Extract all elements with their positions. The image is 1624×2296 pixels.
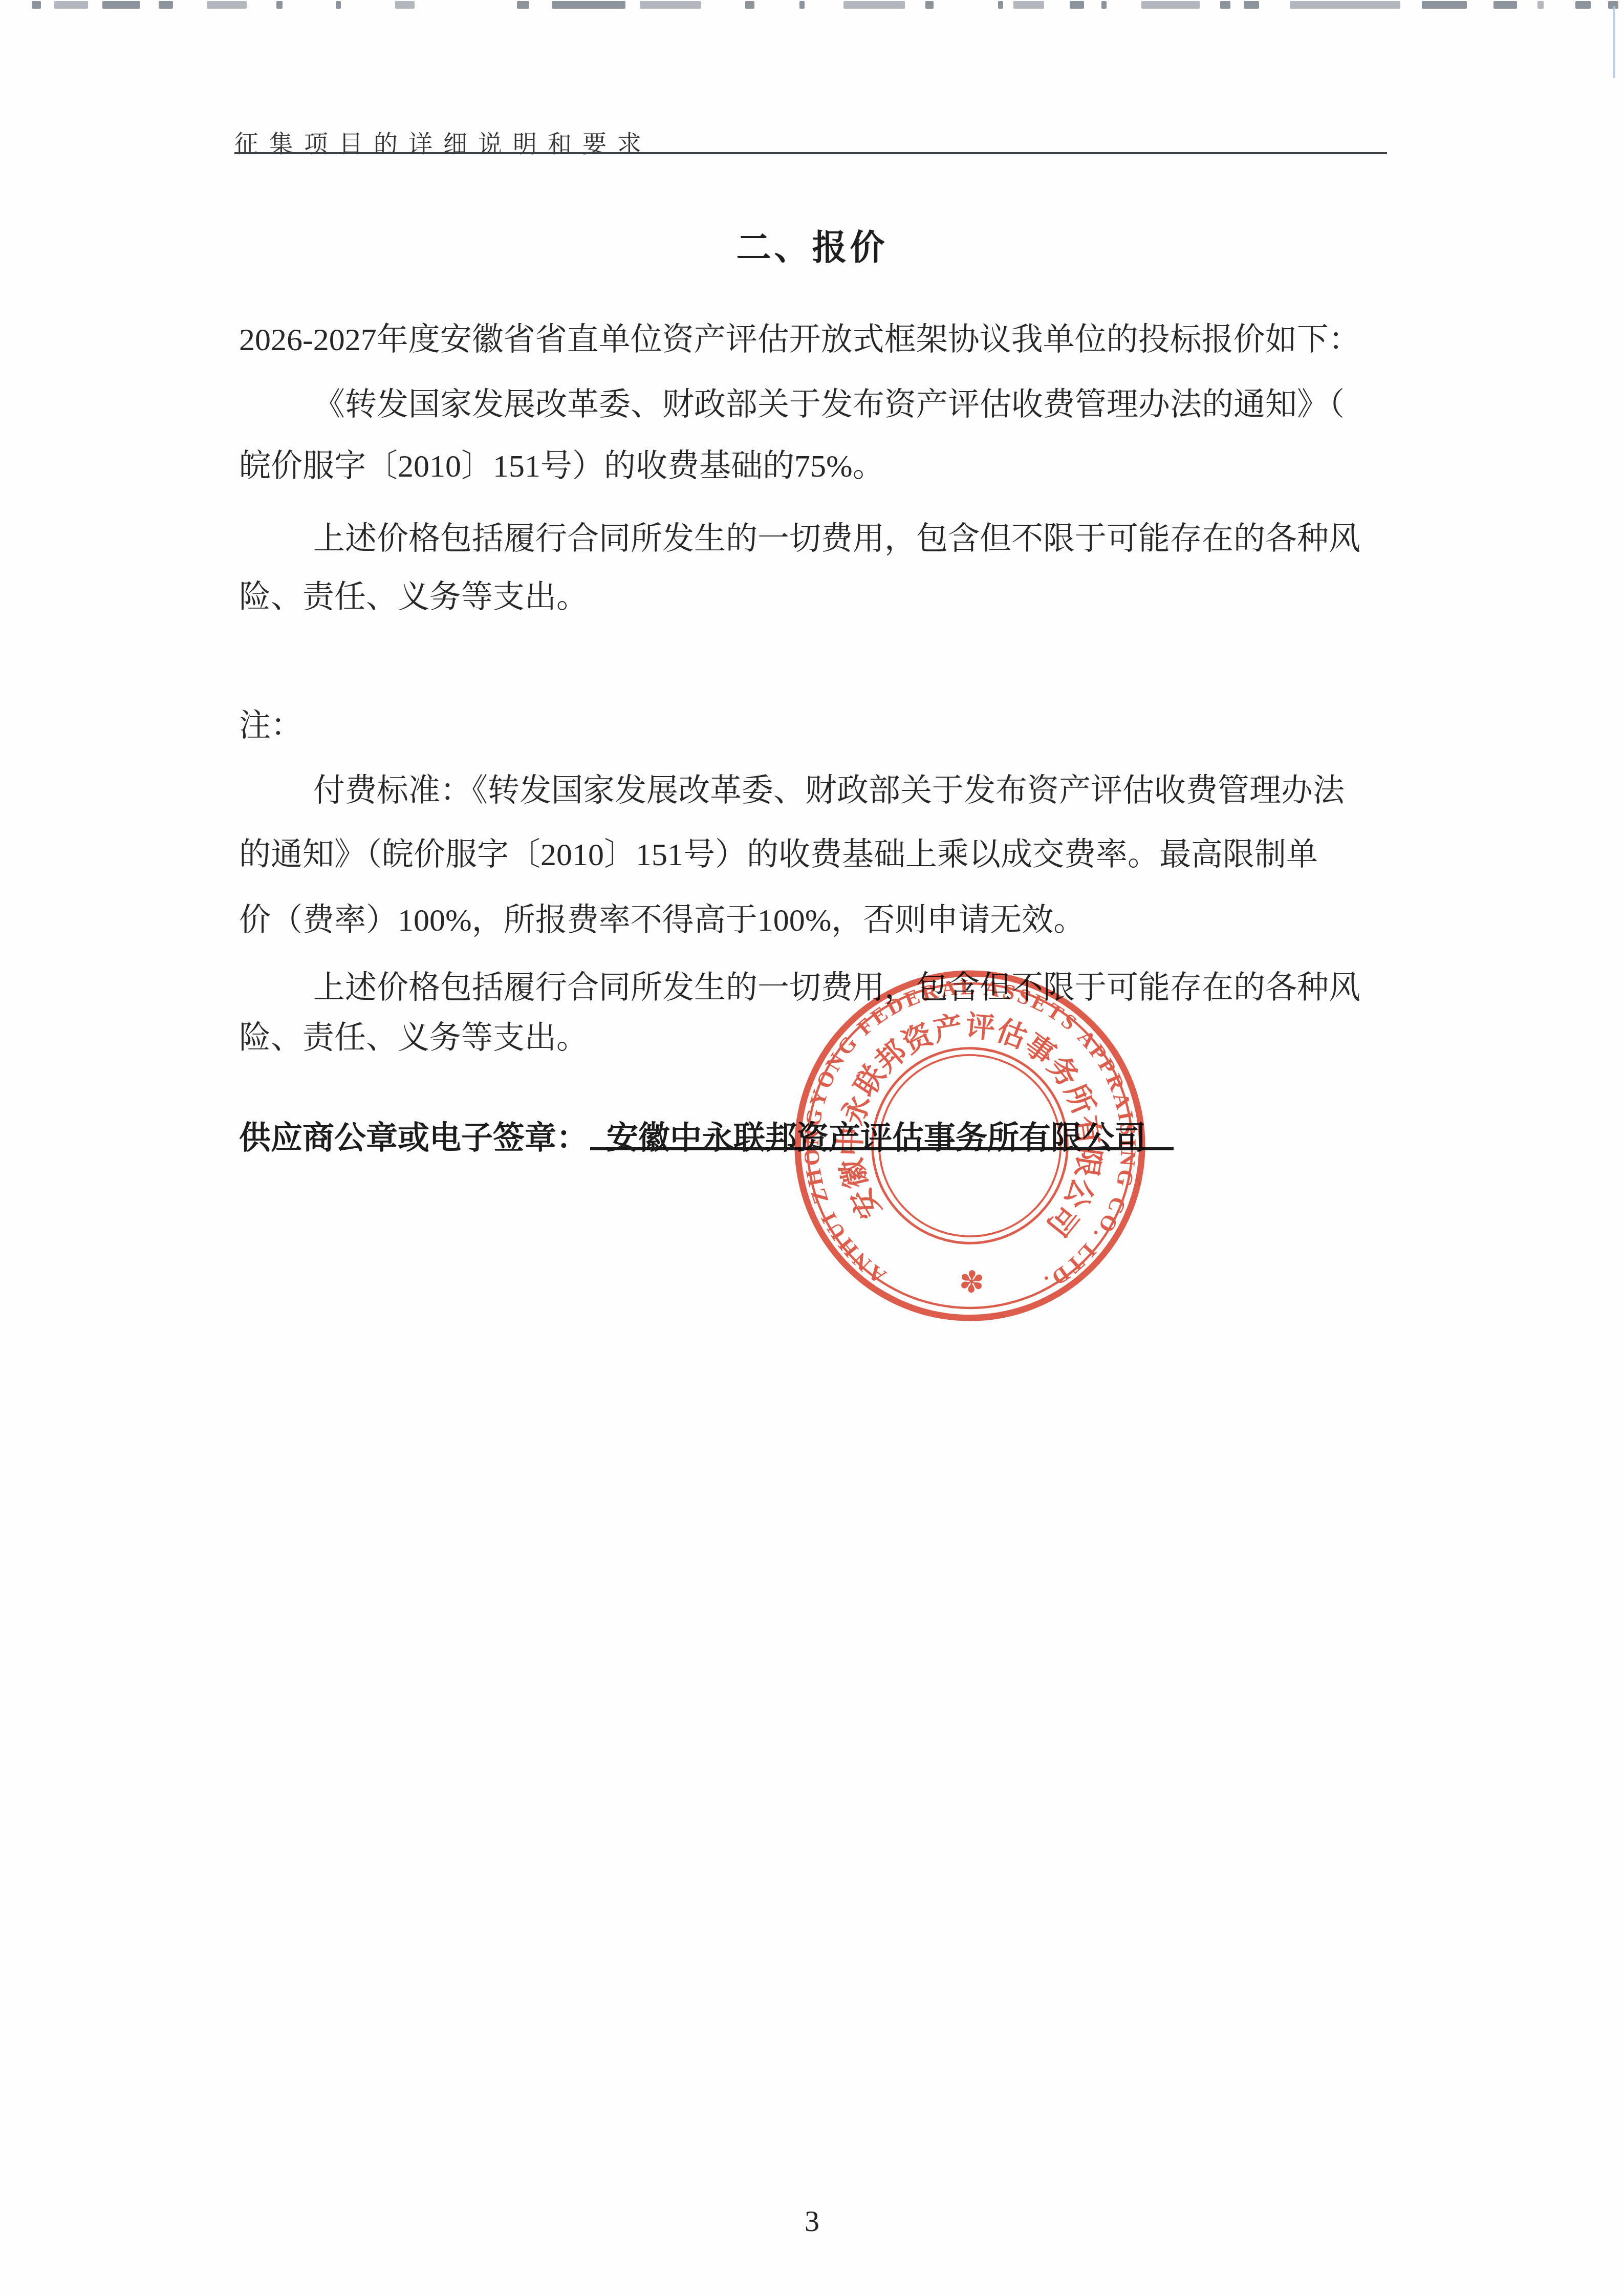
scan-dash xyxy=(1575,1,1591,9)
seal-chinese-char: 有 xyxy=(1070,1113,1106,1147)
seal-chinese-char: 评 xyxy=(964,1010,996,1045)
body-line: 《转发国家发展改革委、财政部关于发布资产评估收费管理办法的通知》（ xyxy=(313,389,1345,421)
scan-dash xyxy=(1101,1,1107,9)
supplier-seal-label: 供应商公章或电子签章： xyxy=(239,1112,588,1158)
scan-dash xyxy=(1244,1,1259,9)
scan-dash xyxy=(207,1,247,9)
company-seal-stamp: ANHUI ZHONGYONG FEDERAL ASSETS APPRAISIN… xyxy=(780,959,1159,1332)
seal-inner-thin-ring xyxy=(875,1050,1065,1241)
body-line: 皖价服字〔2010〕151号）的收费基础的75%。 xyxy=(239,450,884,482)
body-line: 付费标准：《转发国家发展改革委、财政部关于发布资产评估收费管理办法 xyxy=(313,775,1345,807)
seal-inner-ring xyxy=(868,1043,1072,1248)
scan-dash xyxy=(336,1,341,9)
scan-dash xyxy=(1141,1,1200,9)
scan-edge-line xyxy=(1613,6,1615,78)
scan-dash xyxy=(1538,1,1544,9)
scan-dash xyxy=(843,1,905,9)
scan-dash xyxy=(32,1,41,9)
seal-chinese-arc: 安徽中永联邦资产评估事务所有限公司 xyxy=(830,1003,1112,1243)
scan-dash xyxy=(1422,1,1467,9)
scan-dash xyxy=(159,1,173,9)
page-number: 3 xyxy=(0,2204,1624,2238)
seal-chinese-char: 限 xyxy=(1069,1146,1105,1179)
body-line: 的通知》（皖价服字〔2010〕151号）的收费基础上乘以成交费率。最高限制单 xyxy=(239,839,1318,871)
scan-dash xyxy=(925,1,934,9)
section-title: 二、报价 xyxy=(0,220,1624,270)
body-line: 上述价格包括履行合同所发生的一切费用，包含但不限于可能存在的各种风 xyxy=(313,523,1360,555)
scan-dash xyxy=(1290,1,1400,9)
body-line: 险、责任、义务等支出。 xyxy=(239,582,588,613)
scan-dash xyxy=(54,1,88,9)
scan-dash xyxy=(1220,1,1230,9)
seal-star-icon: ✽ xyxy=(958,1265,985,1299)
body-line: 2026-2027年度安徽省省直单位资产评估开放式框架协议我单位的投标报价如下： xyxy=(239,324,1360,356)
body-line: 价（费率）100%，所报费率不得高于100%，否则申请无效。 xyxy=(239,905,1085,936)
scan-dash xyxy=(276,1,283,9)
scan-dash xyxy=(1493,1,1517,9)
note-label: 注： xyxy=(239,710,302,742)
scan-dash xyxy=(1070,1,1084,9)
scan-dash xyxy=(640,1,701,9)
scan-dash xyxy=(552,1,625,9)
scan-artifact-band xyxy=(0,0,1624,13)
scan-dash xyxy=(745,1,754,9)
scan-dash xyxy=(1013,1,1044,9)
seal-chinese-char: 中 xyxy=(835,1126,868,1156)
scan-dash xyxy=(395,1,415,9)
scan-dash xyxy=(102,1,140,9)
seal-chinese-char: 产 xyxy=(931,1011,966,1047)
body-line: 险、责任、义务等支出。 xyxy=(239,1022,588,1054)
header-rule xyxy=(234,152,1387,154)
scan-dash xyxy=(998,1,1003,9)
scan-dash xyxy=(799,1,805,9)
scan-dash xyxy=(517,1,529,9)
